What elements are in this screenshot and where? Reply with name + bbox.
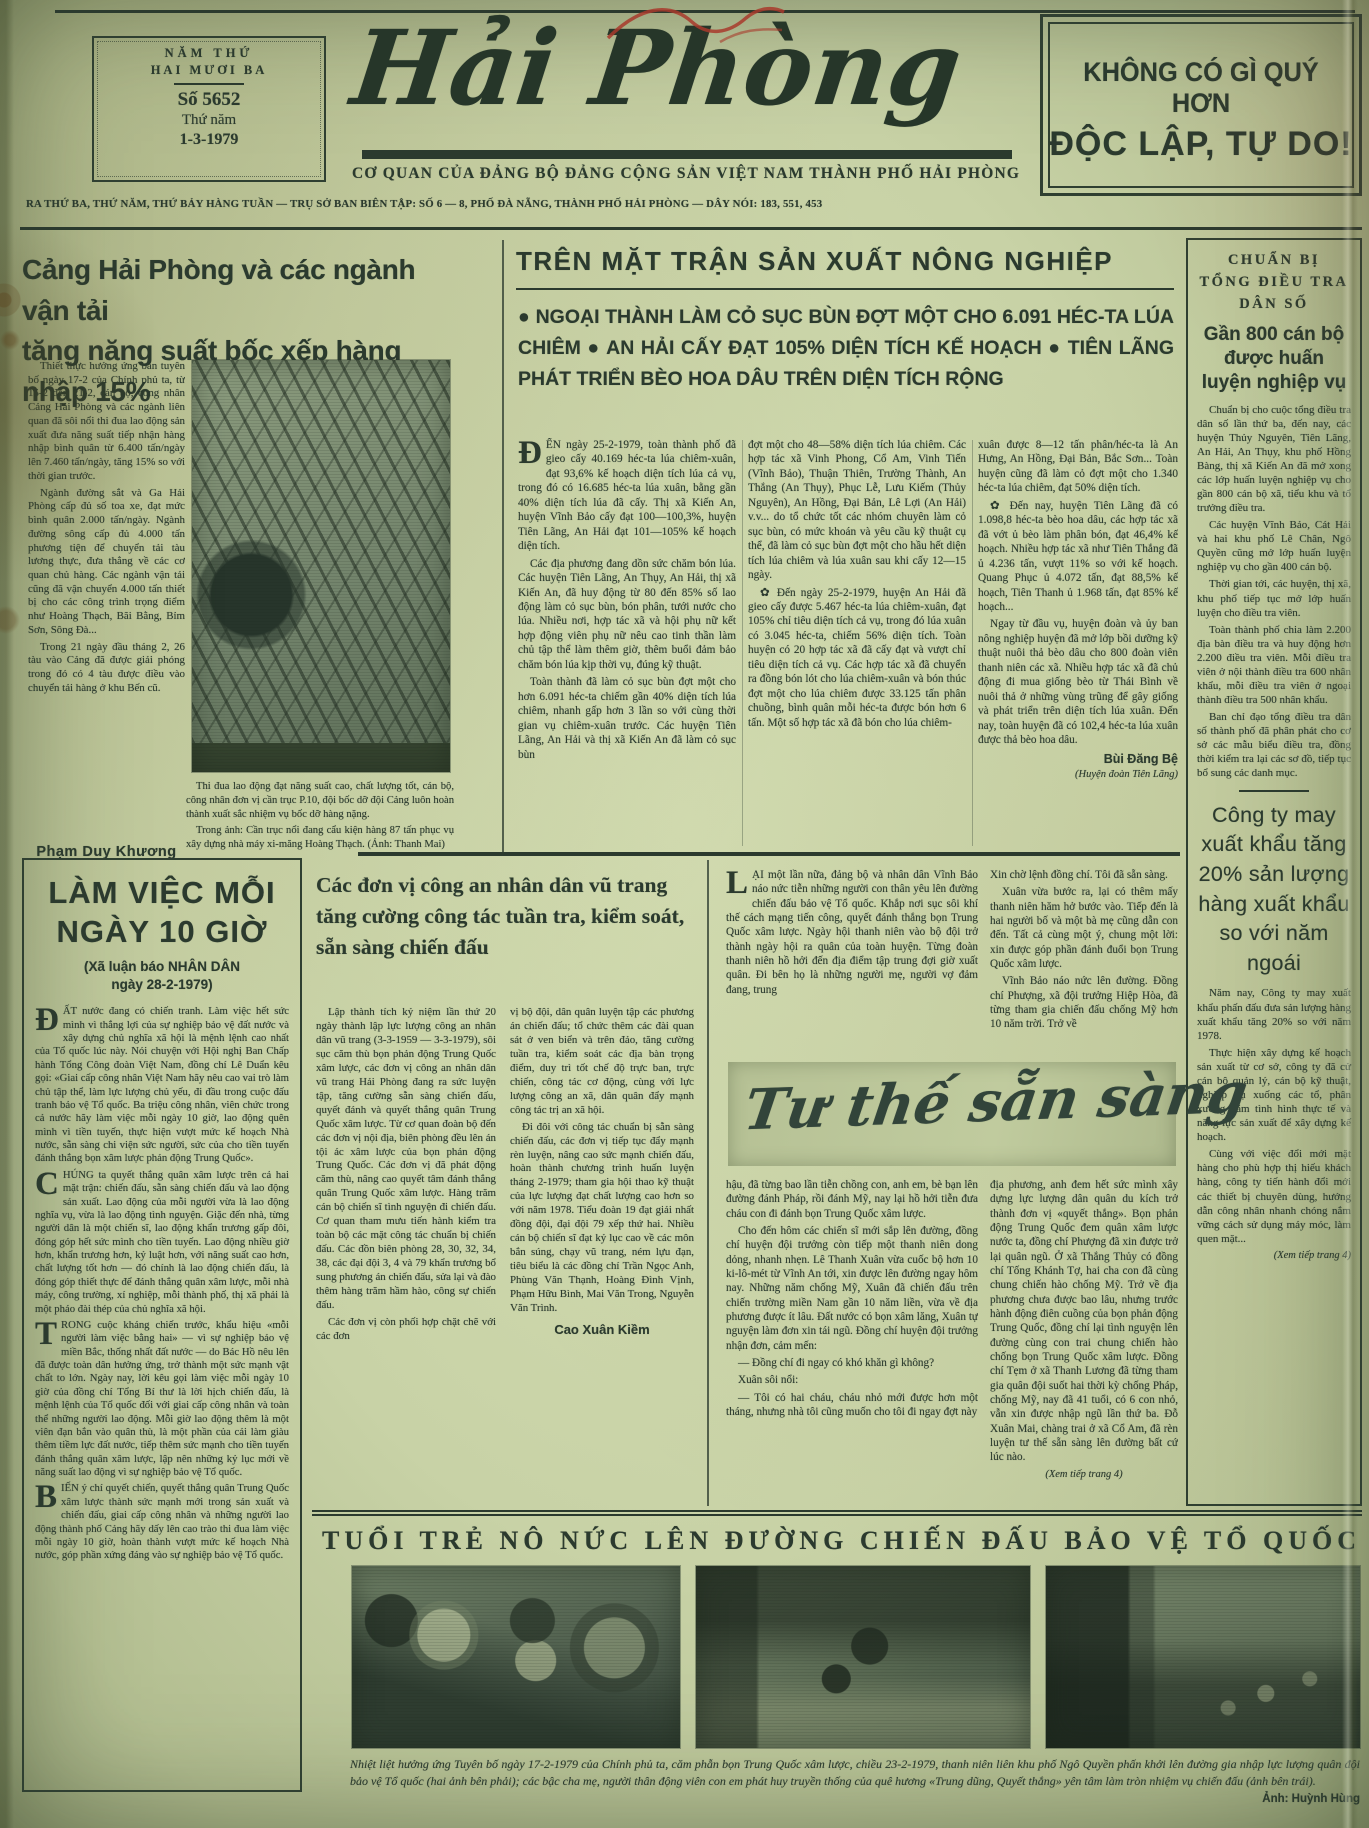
column-rule — [972, 440, 973, 846]
police-headline: Các đơn vị công an nhân dân vũ trang tăn… — [316, 870, 700, 964]
paragraph: Ngành đường sắt và Ga Hải Phòng cấp đủ s… — [28, 487, 185, 638]
headline-line: Cảng Hải Phòng và các ngành vận tải — [22, 250, 462, 331]
vinhbao-column-2-bottom: địa phương, anh đem hết sức mình xây dựn… — [990, 1178, 1178, 1504]
issue-number: Số 5652 — [94, 89, 324, 111]
census-kicker-line: TỔNG ĐIỀU TRA — [1197, 272, 1351, 294]
caption-paragraph: Thi đua lao động đạt năng suất cao, chất… — [186, 780, 454, 821]
paragraph: ĐẤT nước đang có chiến tranh. Làm việc h… — [35, 1005, 289, 1166]
organ-line: CƠ QUAN CỦA ĐẢNG BỘ ĐẢNG CỘNG SẢN VIỆT N… — [352, 165, 1017, 183]
paragraph: ✿ Đến nay, huyện Tiên Lãng đã có 1.098,8… — [978, 499, 1178, 615]
paragraph: Cùng với việc đổi mới mặt hàng cho phù h… — [1197, 1147, 1351, 1246]
paragraph: Xuân vừa bước ra, lại có thêm mấy thanh … — [990, 885, 1178, 971]
caption-paragraph: Trong ảnh: Cần trục nổi đang cẩu kiện hà… — [186, 824, 454, 852]
agriculture-column-2: đợt một cho 48—58% diện tích lúa chiêm. … — [748, 438, 966, 848]
paragraph: Ngay từ đầu vụ, huyện đoàn và ủy ban nôn… — [978, 617, 1178, 747]
agriculture-column-1: ĐẾN ngày 25-2-1979, toàn thành phố đã gi… — [518, 438, 736, 848]
script-banner: Tư thế sẵn sàng — [728, 1062, 1176, 1166]
crowd-sendoff-photo — [1046, 1566, 1360, 1748]
issue-box: NĂM THỨ HAI MƯƠI BA Số 5652 Thứ năm 1-3-… — [92, 36, 326, 182]
paragraph: CHÚNG ta quyết thắng quân xâm lược trên … — [35, 1169, 289, 1316]
census-body: Chuẩn bị cho cuộc tổng điều tra dân số l… — [1197, 403, 1351, 781]
census-kicker-line: CHUẨN BỊ — [1197, 250, 1351, 272]
paragraph: địa phương, anh đem hết sức mình xây dựn… — [990, 1178, 1178, 1465]
agriculture-author: Bùi Đăng Bệ — [1104, 752, 1178, 766]
paragraph: Các địa phương đang dồn sức chăm bón lúa… — [518, 557, 736, 673]
paragraph: Trong 21 ngày đầu tháng 2, 26 tàu vào Cả… — [28, 641, 185, 696]
caption-text: Nhiệt liệt hưởng ứng Tuyên bố ngày 17-2-… — [350, 1757, 1360, 1788]
paragraph: Các huyện Vĩnh Bảo, Cát Hải và hai khu p… — [1197, 518, 1351, 574]
company-continued-note: (Xem tiếp trang 4) — [1197, 1250, 1351, 1261]
column-rule — [742, 440, 743, 846]
paragraph: Thời gian tới, các huyện, thị xã, khu ph… — [1197, 577, 1351, 619]
script-title: Tư thế sẵn sàng — [740, 1063, 1172, 1144]
era-line: NĂM THỨ — [94, 46, 324, 61]
issue-date: 1-3-1979 — [94, 131, 324, 149]
agriculture-column-3: xuân được 8—12 tấn phân/héc-ta là An Hưn… — [978, 438, 1178, 848]
convoy-photo — [696, 1566, 1030, 1748]
issue-weekday: Thứ năm — [94, 112, 324, 129]
paragraph: TRONG cuộc kháng chiến trước, khẩu hiệu … — [35, 1319, 289, 1480]
paragraph: đợt một cho 48—58% diện tích lúa chiêm. … — [748, 438, 966, 583]
paragraph: Các đơn vị còn phối hợp chặt chẽ với các… — [316, 1316, 496, 1344]
recruits-portrait-photo — [352, 1566, 680, 1748]
section-rule — [358, 852, 1180, 856]
paragraph: LẠI một lần nữa, đảng bộ và nhân dân Vĩn… — [726, 868, 978, 997]
editorial-title-line: NGÀY 10 GIỜ — [35, 913, 289, 952]
paragraph: — Tôi có hai cháu, cháu nhỏ mới được hơn… — [726, 1391, 978, 1420]
masthead-bottom-rule — [20, 227, 1362, 230]
paragraph: Đi đôi với công tác chuẩn bị sẵn sàng ch… — [510, 1121, 694, 1316]
editorial-box: LÀM VIỆC MỖI NGÀY 10 GIỜ (Xã luận báo NH… — [22, 858, 302, 1792]
census-headline: Gần 800 cán bộ được huấn luyện nghiệp vụ — [1197, 323, 1351, 394]
kicker-underline — [516, 288, 1174, 290]
paragraph: Chuẩn bị cho cuộc tổng điều tra dân số l… — [1197, 403, 1351, 516]
handwritten-red-mark — [600, 0, 790, 46]
editorial-title-line: LÀM VIỆC MỖI — [35, 874, 289, 913]
photo-credit: Ảnh: Huỳnh Hùng — [1262, 1791, 1360, 1808]
paragraph: Toàn thành đã làm cỏ sục bùn đợt một cho… — [518, 675, 736, 762]
paragraph: xuân được 8—12 tấn phân/héc-ta là An Hưn… — [978, 438, 1178, 496]
paragraph: Toàn thành phố chia làm 2.200 địa bàn đi… — [1197, 623, 1351, 707]
article-port-body: Thiết thực hưởng ứng bản tuyên bố ngày 1… — [28, 360, 185, 848]
paragraph: hậu, đã từng bao lần tiễn chồng con, anh… — [726, 1178, 978, 1221]
column-rule — [502, 240, 504, 852]
vinhbao-continued-note: (Xem tiếp trang 4) — [990, 1468, 1178, 1481]
bottom-section-rule — [312, 1510, 1362, 1512]
bottom-photos-caption: Nhiệt liệt hưởng ứng Tuyên bố ngày 17-2-… — [350, 1756, 1360, 1807]
slogan-line-2: ĐỘC LẬP, TỰ DO! — [1043, 125, 1359, 164]
company-headline: Công ty may xuất khẩu tăng 20% sản lượng… — [1197, 801, 1351, 979]
crane-photo-caption: Thi đua lao động đạt năng suất cao, chất… — [186, 780, 454, 852]
police-author: Cao Xuân Kiềm — [510, 1322, 694, 1339]
census-kicker-line: DÂN SỐ — [1197, 294, 1351, 316]
newspaper-page: NĂM THỨ HAI MƯƠI BA Số 5652 Thứ năm 1-3-… — [0, 0, 1369, 1828]
paragraph: Xin chờ lệnh đồng chí. Tôi đã sẵn sàng. — [990, 868, 1178, 882]
paragraph: — Đồng chí đi ngay có khó khăn gì không? — [726, 1356, 978, 1370]
bottom-banner-headline: TUỔI TRẺ NÔ NỨC LÊN ĐƯỜNG CHIẾN ĐẤU BẢO … — [322, 1526, 1358, 1556]
bottom-section-rule — [312, 1514, 1362, 1516]
agriculture-kicker: TRÊN MẶT TRẬN SẢN XUẤT NÔNG NGHIỆP — [516, 246, 1176, 277]
era-line: HAI MƯƠI BA — [94, 63, 324, 78]
editorial-source-line: (Xã luận báo NHÂN DÂN — [35, 958, 289, 977]
slogan-box: KHÔNG CÓ GÌ QUÝ HƠN ĐỘC LẬP, TỰ DO! — [1040, 14, 1362, 196]
paragraph: Năm nay, Công ty may xuất khẩu phấn đấu … — [1197, 986, 1351, 1042]
paragraph: Xuân sôi nổi: — [726, 1373, 978, 1387]
schedule-line: RA THỨ BA, THỨ NĂM, THỨ BẢY HÀNG TUẦN — … — [26, 198, 1036, 210]
column-rule — [707, 860, 709, 1506]
paragraph: Cho đến hôm các chiến sĩ mới sắp lên đườ… — [726, 1224, 978, 1353]
paragraph: Ban chỉ đạo tổng điều tra dân số thành p… — [1197, 710, 1351, 780]
paragraph: BIẾN ý chí quyết chiến, quyết thắng quân… — [35, 1482, 289, 1562]
vinhbao-column-1-bottom: hậu, đã từng bao lần tiễn chồng con, anh… — [726, 1178, 978, 1504]
paragraph: Lập thành tích kỷ niệm lần thứ 20 ngày t… — [316, 1006, 496, 1313]
paragraph: ĐẾN ngày 25-2-1979, toàn thành phố đã gi… — [518, 438, 736, 554]
vinhbao-column-1-top: LẠI một lần nữa, đảng bộ và nhân dân Vĩn… — [726, 868, 978, 1056]
slogan-line-1: KHÔNG CÓ GÌ QUÝ HƠN — [1052, 57, 1349, 119]
crane-photo — [192, 360, 450, 772]
paragraph: vị bộ đội, dân quân luyện tập các phương… — [510, 1006, 694, 1118]
vinhbao-column-2-top: Xin chờ lệnh đồng chí. Tôi đã sẵn sàng. … — [990, 868, 1178, 1056]
title-underline — [362, 150, 1012, 159]
police-column-1: Lập thành tích kỷ niệm lần thứ 20 ngày t… — [316, 1006, 496, 1500]
paragraph: ✿ Đến ngày 25-2-1979, huyện An Hải đã gi… — [748, 586, 966, 731]
issue-box-divider — [174, 83, 244, 85]
police-column-2: vị bộ đội, dân quân luyện tập các phương… — [510, 1006, 694, 1500]
sidebar-divider — [1239, 790, 1309, 792]
editorial-source-line: ngày 28-2-1979) — [35, 976, 289, 995]
agriculture-author-org: (Huyện đoàn Tiên Lãng) — [1075, 769, 1178, 780]
paragraph: Vĩnh Bảo náo nức lên đường. Đồng chí Phư… — [990, 974, 1178, 1031]
paragraph: Thiết thực hưởng ứng bản tuyên bố ngày 1… — [28, 360, 185, 484]
editorial-body: ĐẤT nước đang có chiến tranh. Làm việc h… — [35, 1005, 289, 1562]
agriculture-bullets: ● NGOẠI THÀNH LÀM CỎ SỤC BÙN ĐỢT MỘT CHO… — [518, 302, 1174, 394]
right-sidebar: CHUẨN BỊ TỔNG ĐIỀU TRA DÂN SỐ Gần 800 cá… — [1186, 238, 1362, 1506]
